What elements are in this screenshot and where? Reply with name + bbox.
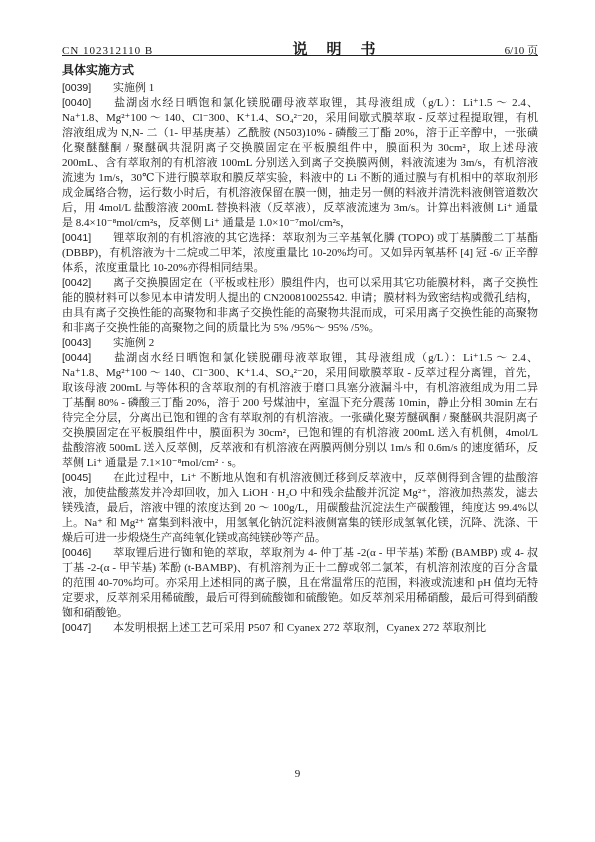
paragraph-text: 离子交换膜固定在（平板或柱形）膜组件内，也可以采用其它功能膜材料，离子交换性能的… xyxy=(62,277,538,334)
paragraph-0040: [0040]盐湖卤水经日晒饱和氯化镁脱硼母液萃取锂，其母液组成（g/L）：Li⁺… xyxy=(62,96,538,231)
paragraph-tag: [0040] xyxy=(62,96,96,111)
paragraph-tag: [0039] xyxy=(62,81,96,96)
paragraph-0044: [0044]盐湖卤水经日晒饱和氯化镁脱硼母液萃取锂，其母液组成（g/L）：Li⁺… xyxy=(62,351,538,471)
paragraph-text: 锂萃取剂的有机溶液的其它选择：萃取剂为三辛基氧化膦 (TOPO) 或丁基膦酸二丁… xyxy=(62,232,538,274)
paragraph-0047: [0047]本发明根据上述工艺可采用 P507 和 Cyanex 272 萃取剂… xyxy=(62,621,538,636)
patent-page: CN 102312110 B 说 明 书 6/10 页 具体实施方式 [0039… xyxy=(0,0,595,842)
paragraph-text: 萃取锂后进行铷和铯的萃取，萃取剂为 4- 仲丁基 -2(α - 甲苄基) 苯酚 … xyxy=(62,547,538,619)
paragraph-0039: [0039]实施例 1 xyxy=(62,81,538,96)
paragraph-text: 盐湖卤水经日晒饱和氯化镁脱硼母液萃取锂，其母液组成（g/L）：Li⁺1.5 ～ … xyxy=(62,97,538,229)
page-number: 9 xyxy=(295,768,301,780)
paragraph-text: 盐湖卤水经日晒饱和氯化镁脱硼母液萃取锂，其母液组成（g/L）：Li⁺1.5 ～ … xyxy=(62,352,538,469)
paragraph-tag: [0041] xyxy=(62,231,96,246)
paragraph-text: 在此过程中，Li⁺ 不断地从饱和有机溶液侧迁移到反萃液中，反萃侧得到含锂的盐酸溶… xyxy=(62,472,538,544)
section-heading: 具体实施方式 xyxy=(62,63,538,78)
header-rule xyxy=(62,55,538,56)
paragraph-0042: [0042]离子交换膜固定在（平板或柱形）膜组件内，也可以采用其它功能膜材料，离… xyxy=(62,276,538,336)
paragraph-0045: [0045]在此过程中，Li⁺ 不断地从饱和有机溶液侧迁移到反萃液中，反萃侧得到… xyxy=(62,471,538,546)
paragraph-tag: [0042] xyxy=(62,276,96,291)
paragraph-tag: [0043] xyxy=(62,336,96,351)
paragraph-0043: [0043]实施例 2 xyxy=(62,336,538,351)
document-body: 具体实施方式 [0039]实施例 1 [0040]盐湖卤水经日晒饱和氯化镁脱硼母… xyxy=(62,63,538,636)
paragraph-text: 本发明根据上述工艺可采用 P507 和 Cyanex 272 萃取剂，Cyane… xyxy=(113,622,486,634)
page-footer: 9 xyxy=(0,768,595,780)
paragraph-tag: [0044] xyxy=(62,351,96,366)
paragraph-tag: [0045] xyxy=(62,471,96,486)
paragraph-tag: [0046] xyxy=(62,546,96,561)
paragraph-text: 实施例 1 xyxy=(113,82,154,94)
paragraph-text: 实施例 2 xyxy=(113,337,154,349)
paragraph-0046: [0046]萃取锂后进行铷和铯的萃取，萃取剂为 4- 仲丁基 -2(α - 甲苄… xyxy=(62,546,538,621)
paragraph-tag: [0047] xyxy=(62,621,96,636)
paragraph-0041: [0041]锂萃取剂的有机溶液的其它选择：萃取剂为三辛基氧化膦 (TOPO) 或… xyxy=(62,231,538,276)
